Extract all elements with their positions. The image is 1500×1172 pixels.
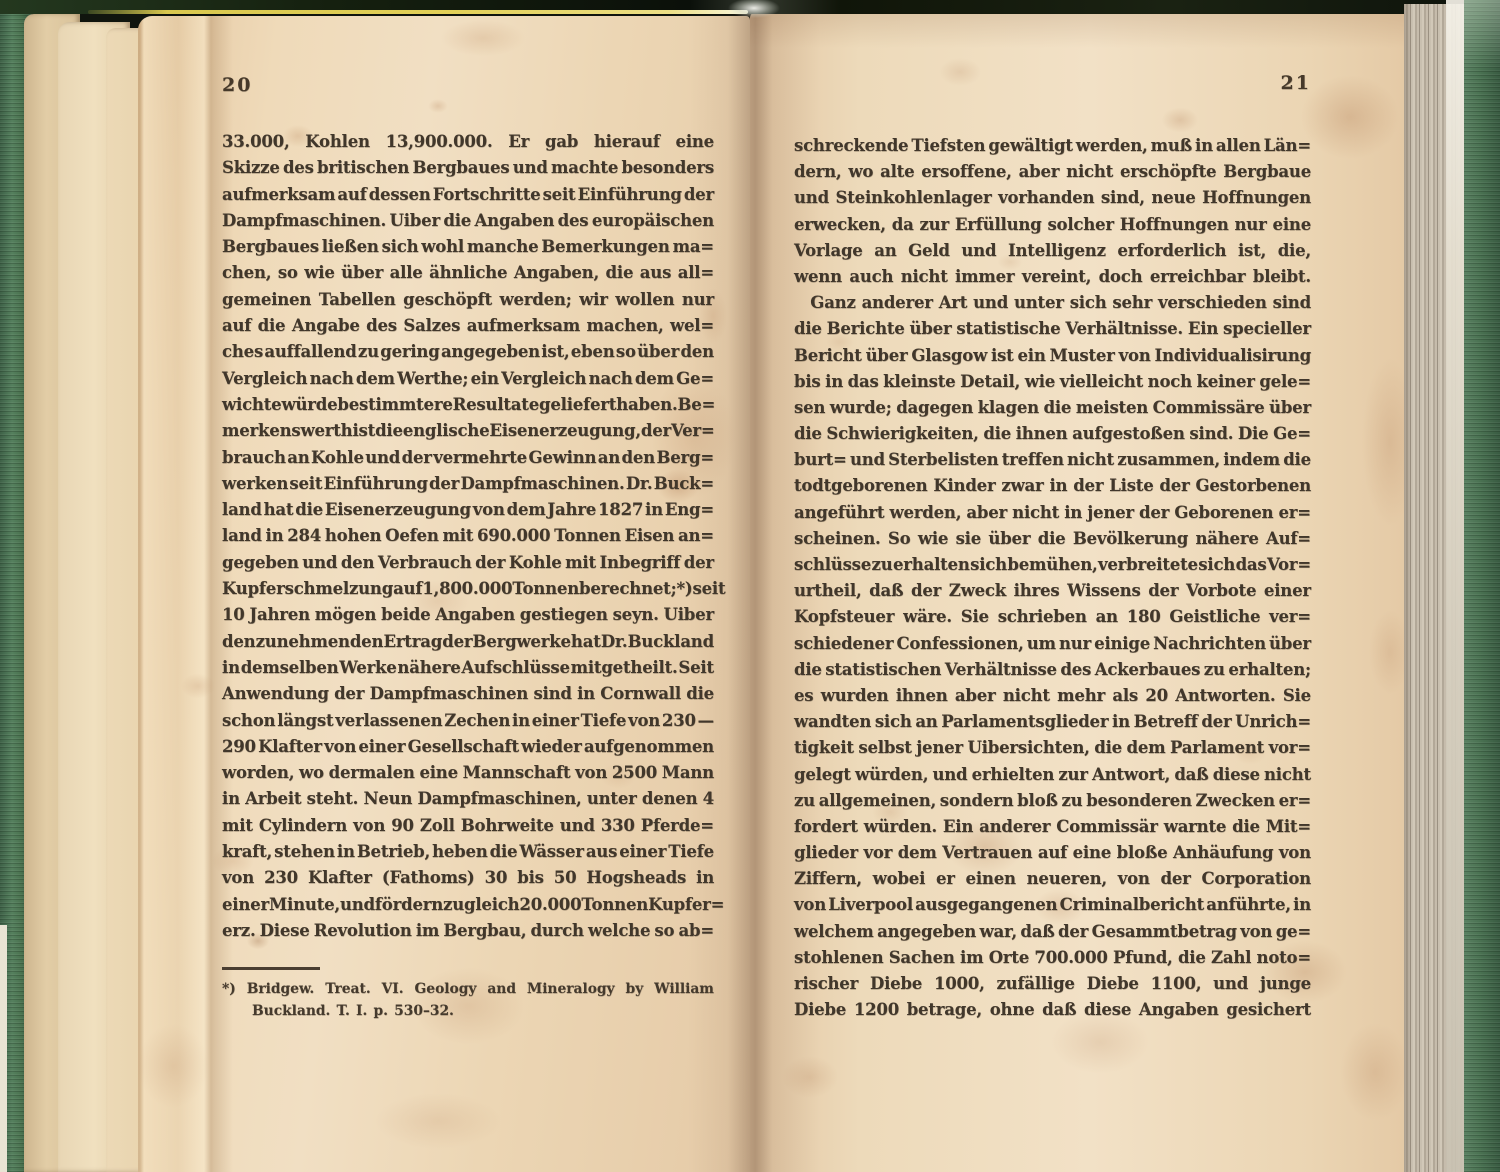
text-line: wandtensichanParlamentsgliederinBetreffd… — [794, 712, 1311, 738]
text-line: wennauchnichtimmervereint,docherreichbar… — [794, 267, 1311, 293]
text-line: BerichtüberGlasgowisteinMustervonIndivid… — [794, 346, 1311, 372]
text-line: mitCylindernvon90ZollBohrweiteund330Pfer… — [222, 816, 714, 842]
right-page-paragraph-1: schreckendeTiefstengewältigtwerden,mußin… — [794, 136, 1311, 293]
text-line: Dampfmaschinen.UiberdieAngabendeseuropäi… — [222, 211, 714, 237]
text-line: wichtewürdebestimmtereResultategeliefert… — [222, 395, 714, 421]
text-line: landin284hohenOefenmit690.000TonnenEisen… — [222, 526, 714, 552]
text-line: kraft,steheninBetrieb,hebendieWässerause… — [222, 842, 714, 868]
text-line: stohlenenSachenimOrte700.000Pfund,dieZah… — [794, 948, 1311, 974]
text-line: *)Bridgew.Treat.VI.GeologyandMineralogyb… — [222, 981, 714, 1003]
text-line: Kopfsteuerwäre.Sieschriebenan180Geistlic… — [794, 607, 1311, 633]
book-scan-photo: { "page_left": { "number": "20", "lines"… — [0, 0, 1500, 1172]
text-line: fordertwürden.EinandererCommissärwarnted… — [794, 817, 1311, 843]
text-line: senwurde;dagegenklagendiemeistenCommissä… — [794, 398, 1311, 424]
text-line: Buckland.T.I.p.530–32. — [252, 1003, 714, 1025]
text-line: rischerDiebe1000,zufälligeDiebe1100,undj… — [794, 974, 1311, 1000]
text-line: schonlängstverlassenenZechenineinerTiefe… — [222, 711, 714, 737]
right-page-text: schreckendeTiefstengewältigtwerden,mußin… — [794, 136, 1311, 1026]
text-line: schreckendeTiefstengewältigtwerden,mußin… — [794, 136, 1311, 162]
spine-highlight — [728, 0, 780, 18]
text-line: VorlageanGeldundIntelligenzerforderlichi… — [794, 241, 1311, 267]
text-line: zuallgemeinen,sondernbloßzubesonderenZwe… — [794, 791, 1311, 817]
text-line: schiedenerConfessionen,umnureinigeNachri… — [794, 634, 1311, 660]
text-line: worden,wodermaleneineMannschaftvon2500Ma… — [222, 763, 714, 789]
text-line: merkenswerthistdieenglischeEisenerzeugun… — [222, 421, 714, 447]
fore-edge-highlight — [1446, 0, 1466, 1172]
text-line: 33.000,Kohlen13,900.000.Ergabhieraufeine — [222, 132, 714, 158]
text-line: angeführtwerden,abernichtinjenerderGebor… — [794, 503, 1311, 529]
gilt-edge-line — [88, 10, 748, 14]
text-line: erz.DieseRevolutionimBergbau,durchwelche… — [222, 921, 714, 947]
text-line: welchemangegebenwar,daßderGesammtbetragv… — [794, 922, 1311, 948]
text-line: todtgeborenenKinderzwarinderListederGest… — [794, 476, 1311, 502]
page-number-right: 21 — [794, 72, 1311, 94]
text-line: chesauffallendzugeringangegebenist,ebens… — [222, 342, 714, 368]
text-line: bisindaskleinsteDetail,wievielleichtnoch… — [794, 372, 1311, 398]
text-line: gemeinenTabellengeschöpftwerden;wirwolle… — [222, 290, 714, 316]
text-line: Ziffern,wobeiereinenneueren,vonderCorpor… — [794, 869, 1311, 895]
text-line: von230Klafter(Fathoms)30bis50Hogsheadsin — [222, 868, 714, 894]
text-line: diestatistischenVerhältnissedesAckerbaue… — [794, 660, 1311, 686]
text-line: inArbeitsteht.NeunDampfmaschinen,unterde… — [222, 789, 714, 815]
text-line: dieSchwierigkeiten,dieihnenaufgestoßensi… — [794, 424, 1311, 450]
text-line: Diebe1200betrage,ohnedaßdieseAngabengesi… — [794, 1000, 1311, 1026]
text-line: gegebenunddenVerbrauchderKohlemitInbegri… — [222, 553, 714, 579]
text-line: 290KlaftervoneinerGesellschaftwiederaufg… — [222, 737, 714, 763]
text-line: einerMinute,undfördernzugleich20.000Tonn… — [222, 895, 714, 921]
cover-right-top-light — [1464, 0, 1500, 70]
text-line: vonLiverpoolausgegangenenCriminalbericht… — [794, 895, 1311, 921]
text-line: schlüssezuerhaltensichbemühen,verbreitet… — [794, 555, 1311, 581]
page-number-left: 20 — [222, 74, 252, 96]
text-line: Kupferschmelzungauf1,800.000Tonnenberech… — [222, 579, 714, 605]
text-line: erwecken,dazurErfüllungsolcherHoffnungen… — [794, 215, 1311, 241]
text-line: tigkeitselbstjenerUibersichten,diedemPar… — [794, 738, 1311, 764]
text-line: dieBerichteüberstatistischeVerhältnisse.… — [794, 319, 1311, 345]
right-page-paragraph-2: GanzandererArtunduntersichsehrverschiede… — [794, 293, 1311, 1026]
text-line: burt=undSterbelistentreffennichtzusammen… — [794, 450, 1311, 476]
text-line: denzunehmendenErtragderBergwerkehatDr.Bu… — [222, 632, 714, 658]
text-line: gliedervordemVertrauenaufeinebloßeAnhäuf… — [794, 843, 1311, 869]
book-cover-right-edge — [1464, 0, 1500, 1172]
text-line: urtheil,daßderZweckihresWissensderVorbot… — [794, 581, 1311, 607]
text-line: gelegtwürden,underhieltenzurAntwort,daßd… — [794, 765, 1311, 791]
text-line: VergleichnachdemWerthe;einVergleichnachd… — [222, 369, 714, 395]
text-line: chen,sowieüberalleähnlicheAngaben,dieaus… — [222, 263, 714, 289]
text-line: dern,woalteersoffene,abernichterschöpfte… — [794, 162, 1311, 188]
text-line: undSteinkohlenlagervorhandensind,neueHof… — [794, 188, 1311, 214]
text-line: scheinen.SowiesieüberdieBevölkerungnäher… — [794, 529, 1311, 555]
text-line: indemselbenWerkenähereAufschlüssemitgeth… — [222, 658, 714, 684]
endpaper-sliver — [0, 925, 7, 1172]
text-line: landhatdieEisenerzeugungvondemJahre1827i… — [222, 500, 714, 526]
text-line: SkizzedesbritischenBergbauesundmachtebes… — [222, 158, 714, 184]
text-line: brauchanKohleunddervermehrteGewinnandenB… — [222, 448, 714, 474]
text-line: 10JahrenmögenbeideAngabengestiegenseyn.U… — [222, 605, 714, 631]
text-line: GanzandererArtunduntersichsehrverschiede… — [794, 293, 1311, 319]
footnote-text: *)Bridgew.Treat.VI.GeologyandMineralogyb… — [222, 981, 714, 1024]
text-line: AnwendungderDampfmaschinensindinCornwall… — [222, 684, 714, 710]
text-line: BergbauesließensichwohlmancheBemerkungen… — [222, 237, 714, 263]
text-line: eswurdenihnenabernichtmehrals20Antworten… — [794, 686, 1311, 712]
text-line: werkenseitEinführungderDampfmaschinen.Dr… — [222, 474, 714, 500]
text-line: aufmerksamaufdessenFortschritteseitEinfü… — [222, 185, 714, 211]
left-page-text: 33.000,Kohlen13,900.000.Ergabhieraufeine… — [222, 132, 714, 947]
footnote-separator-rule — [222, 967, 320, 970]
text-line: aufdieAngabedesSalzesaufmerksammachen,we… — [222, 316, 714, 342]
